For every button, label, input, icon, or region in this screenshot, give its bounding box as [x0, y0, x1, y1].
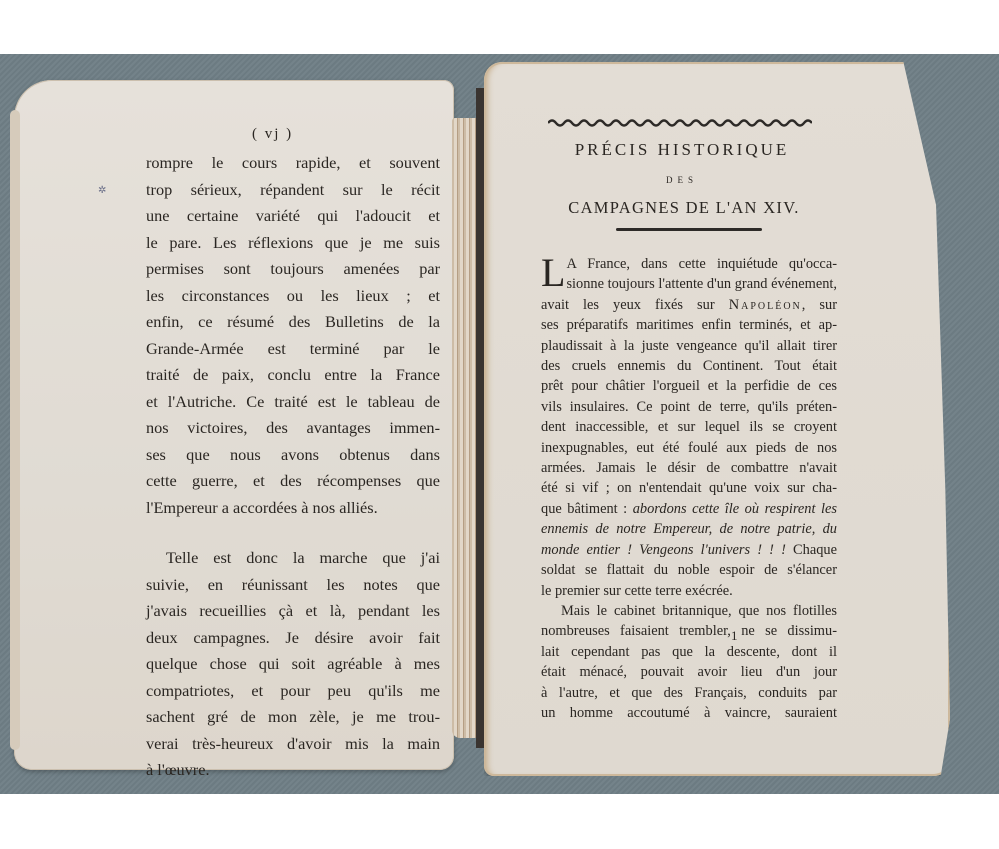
text-line: prêt pour châtier l'orgueil et la perfid…	[541, 376, 837, 396]
text-line: nos victoires, des avantages immen-	[146, 415, 440, 442]
text-line: Telle est donc la marche que j'ai	[146, 545, 440, 572]
wavy-ornament-icon	[548, 118, 812, 128]
text-line: nombreuses faisaient trembler, ne se dis…	[541, 621, 837, 641]
text-line: deux campagnes. Je désire avoir fait	[146, 625, 440, 652]
text-line: rompre le cours rapide, et souvent	[146, 150, 440, 177]
text-line: inexpugnables, eut été foulé aux pieds d…	[541, 438, 837, 458]
text-line: cette guerre, et des récompenses que	[146, 468, 440, 495]
drop-cap: L	[541, 256, 565, 290]
text-line: était ménacé, pouvait avoir lieu d'un jo…	[541, 662, 837, 682]
text-line: ses que nous avons obtenus dans	[146, 442, 440, 469]
text-line: soldat se flattait du noble espoir de s'…	[541, 560, 837, 580]
text-line: les circonstances ou les lieux ; et	[146, 283, 440, 310]
text-line: ses préparatifs maritimes enfin terminés…	[541, 315, 837, 335]
text-line: suivie, en réunissant les notes que	[146, 572, 440, 599]
text-line: un homme accoutumé à vaincre, sauraient	[541, 703, 837, 723]
text-line: traité de paix, conclu entre la France	[146, 362, 440, 389]
text-line: sachent gré de mon zèle, je me trou-	[146, 704, 440, 731]
right-page-number: 1	[731, 628, 738, 644]
text-line: Grande-Armée est terminé par le	[146, 336, 440, 363]
text-line: ennemis de notre Empereur, de notre patr…	[541, 519, 837, 539]
text-line: trop sérieux, répandent sur le récit	[146, 177, 440, 204]
ink-smudge-icon: ✲	[98, 185, 106, 196]
text-line: une certaine variété qui l'adoucit et	[146, 203, 440, 230]
text-line: dent inaccessible, et sur lequel ils se …	[541, 417, 837, 437]
text-line: le pare. Les réflexions que je me suis	[146, 230, 440, 257]
text-line: été si vif ; on n'entendait qu'une voix …	[541, 478, 837, 498]
text-line: compatriotes, et pour peu qu'ils me	[146, 678, 440, 705]
text-line: verai très-heureux d'avoir mis la main	[146, 731, 440, 758]
text-line: vils insulaires. Ce point de terre, qu'i…	[541, 397, 837, 417]
left-page-number: ( vj )	[252, 126, 293, 143]
text-line: plaudissait à la juste vengeance qu'il a…	[541, 336, 837, 356]
text-line: j'avais recueillies çà et là, pendant le…	[146, 598, 440, 625]
napoleon-name: Napoléon	[729, 297, 802, 313]
text-line: et l'Autriche. Ce traité est le tableau …	[146, 389, 440, 416]
text-line: à l'autre, et que des Français, conduits…	[541, 683, 837, 703]
text-line: armées. Jamais le désir de combattre n'a…	[541, 458, 837, 478]
text-line: l'Empereur a accordées à nos alliés.	[146, 495, 440, 522]
title-rule	[616, 228, 762, 231]
chapter-title: PRÉCIS HISTORIQUE	[552, 140, 812, 160]
text-line: Mais le cabinet britannique, que nos flo…	[541, 601, 837, 621]
text-line: lait cependant pas que la descente, dont…	[541, 642, 837, 662]
chapter-title-des: DES	[552, 175, 812, 185]
text-line: enfin, ce résumé des Bulletins de la	[146, 309, 440, 336]
left-page-text: rompre le cours rapide, et souvent trop …	[146, 150, 440, 784]
text-line: permises sont toujours amenées par	[146, 256, 440, 283]
right-page-text: L A France, dans cette inquiétude qu'occ…	[541, 254, 837, 723]
text-line: sionne toujours l'attente d'un grand évé…	[541, 274, 837, 294]
text-line: à l'œuvre.	[146, 757, 440, 784]
text-line: quelque chose qui soit agréable à mes	[146, 651, 440, 678]
text-line: le premier sur cette terre exécrée.	[541, 581, 837, 601]
text-line: des cruels ennemis du Continent. Tout ét…	[541, 356, 837, 376]
chapter-subtitle: CAMPAGNES DE L'AN XIV.	[552, 198, 816, 218]
